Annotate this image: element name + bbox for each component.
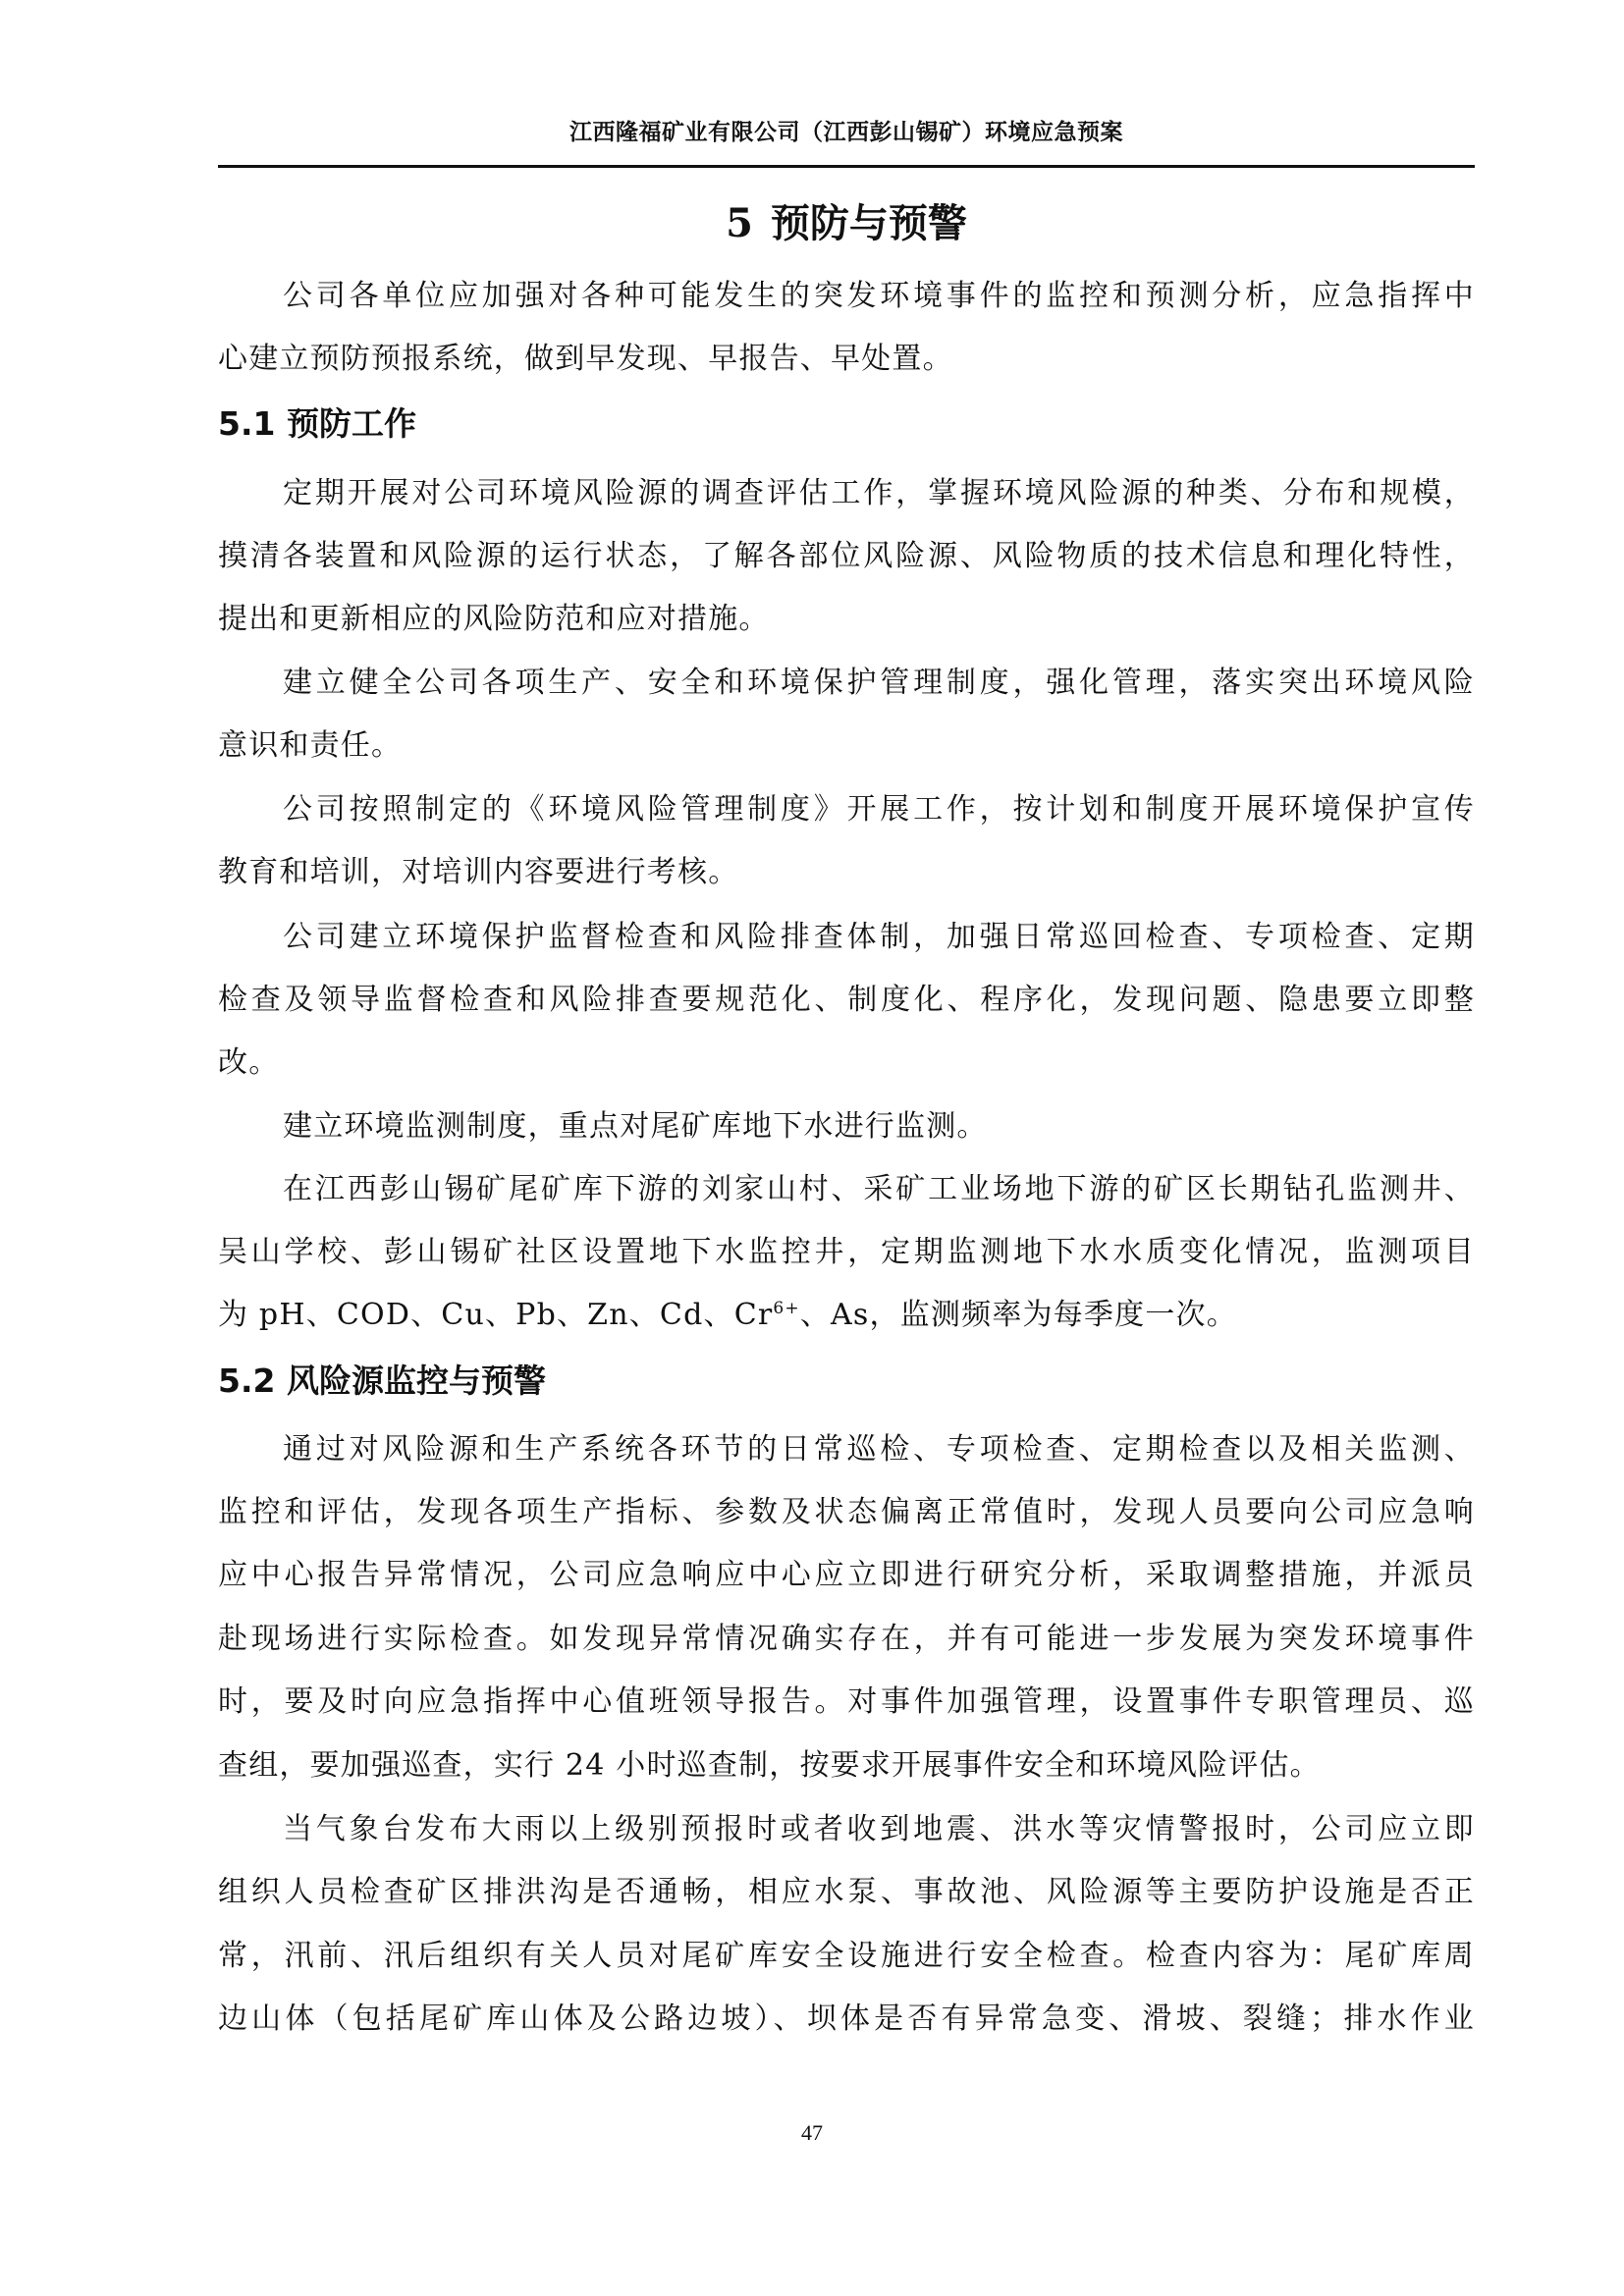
paragraph-line: 教育和培训，对培训内容要进行考核。: [218, 853, 1475, 892]
paragraph-line: 公司建立环境保护监督检查和风险排查体制，加强日常巡回检查、专项检查、定期: [218, 918, 1475, 957]
paragraph-line: 应中心报告异常情况，公司应急响应中心应立即进行研究分析，采取调整措施，并派员: [218, 1556, 1475, 1595]
section-heading-5-2: 5.2 风险源监控与预警: [218, 1360, 546, 1403]
paragraph-line: 检查及领导监督检查和风险排查要规范化、制度化、程序化，发现问题、隐患要立即整: [218, 981, 1475, 1020]
paragraph-line: 当气象台发布大雨以上级别预报时或者收到地震、洪水等灾情警报时，公司应立即: [218, 1810, 1475, 1849]
paragraph-line: 在江西彭山锡矿尾矿库下游的刘家山村、采矿工业场地下游的矿区长期钻孔监测井、: [218, 1170, 1475, 1209]
intro-line: 心建立预防预报系统，做到早发现、早报告、早处置。: [218, 340, 1475, 379]
page-number: 47: [0, 2120, 1624, 2146]
intro-line: 公司各单位应加强对各种可能发生的突发环境事件的监控和预测分析，应急指挥中: [218, 277, 1475, 316]
section-heading-5-1: 5.1 预防工作: [218, 402, 416, 446]
monitoring-items-text: 为 pH、COD、Cu、Pb、Zn、Cd、Cr: [218, 1298, 773, 1332]
paragraph-line: 组织人员检查矿区排洪沟是否通畅，相应水泵、事故池、风险源等主要防护设施是否正: [218, 1873, 1475, 1912]
paragraph-line: 赴现场进行实际检查。如发现异常情况确实存在，并有可能进一步发展为突发环境事件: [218, 1620, 1475, 1659]
paragraph-line: 时，要及时向应急指挥中心值班领导报告。对事件加强管理，设置事件专职管理员、巡: [218, 1682, 1475, 1722]
chapter-number: 5: [726, 200, 753, 246]
paragraph-line: 常，汛前、汛后组织有关人员对尾矿库安全设施进行安全检查。检查内容为：尾矿库周: [218, 1937, 1475, 1976]
paragraph-line: 边山体（包括尾矿库山体及公路边坡）、坝体是否有异常急变、滑坡、裂缝；排水作业: [218, 2000, 1475, 2039]
monitoring-frequency-text: 、As，监测频率为每季度一次。: [800, 1298, 1237, 1332]
paragraph-line: 通过对风险源和生产系统各环节的日常巡检、专项检查、定期检查以及相关监测、: [218, 1430, 1475, 1469]
paragraph-line: 查组，要加强巡查，实行 24 小时巡查制，按要求开展事件安全和环境风险评估。: [218, 1746, 1475, 1786]
paragraph-line: 建立健全公司各项生产、安全和环境保护管理制度，强化管理，落实突出环境风险: [218, 664, 1475, 703]
paragraph-line: 摸清各装置和风险源的运行状态，了解各部位风险源、风险物质的技术信息和理化特性，: [218, 537, 1475, 576]
paragraph-line: 意识和责任。: [218, 726, 1475, 766]
chapter-title-text: 预防与预警: [771, 200, 967, 246]
document-page: 江西隆福矿业有限公司（江西彭山锡矿）环境应急预案 5预防与预警 公司各单位应加强…: [0, 0, 1624, 2296]
paragraph-line: 公司按照制定的《环境风险管理制度》开展工作，按计划和制度开展环境保护宣传: [218, 790, 1475, 829]
paragraph-line: 吴山学校、彭山锡矿社区设置地下水监控井，定期监测地下水水质变化情况，监测项目: [218, 1233, 1475, 1272]
paragraph-line: 定期开展对公司环境风险源的调查评估工作，掌握环境风险源的种类、分布和规模，: [218, 474, 1475, 513]
paragraph-line: 改。: [218, 1043, 1475, 1083]
paragraph-line: 为 pH、COD、Cu、Pb、Zn、Cd、Cr6+、As，监测频率为每季度一次。: [218, 1296, 1475, 1335]
running-header: 江西隆福矿业有限公司（江西彭山锡矿）环境应急预案: [218, 114, 1475, 146]
paragraph-line: 提出和更新相应的风险防范和应对措施。: [218, 600, 1475, 639]
paragraph-line: 监控和评估，发现各项生产指标、参数及状态偏离正常值时，发现人员要向公司应急响: [218, 1493, 1475, 1532]
header-divider: [218, 165, 1475, 168]
chromium-charge-superscript: 6+: [773, 1299, 799, 1318]
paragraph-line: 建立环境监测制度，重点对尾矿库地下水进行监测。: [218, 1107, 1475, 1147]
chapter-title: 5预防与预警: [218, 192, 1475, 248]
